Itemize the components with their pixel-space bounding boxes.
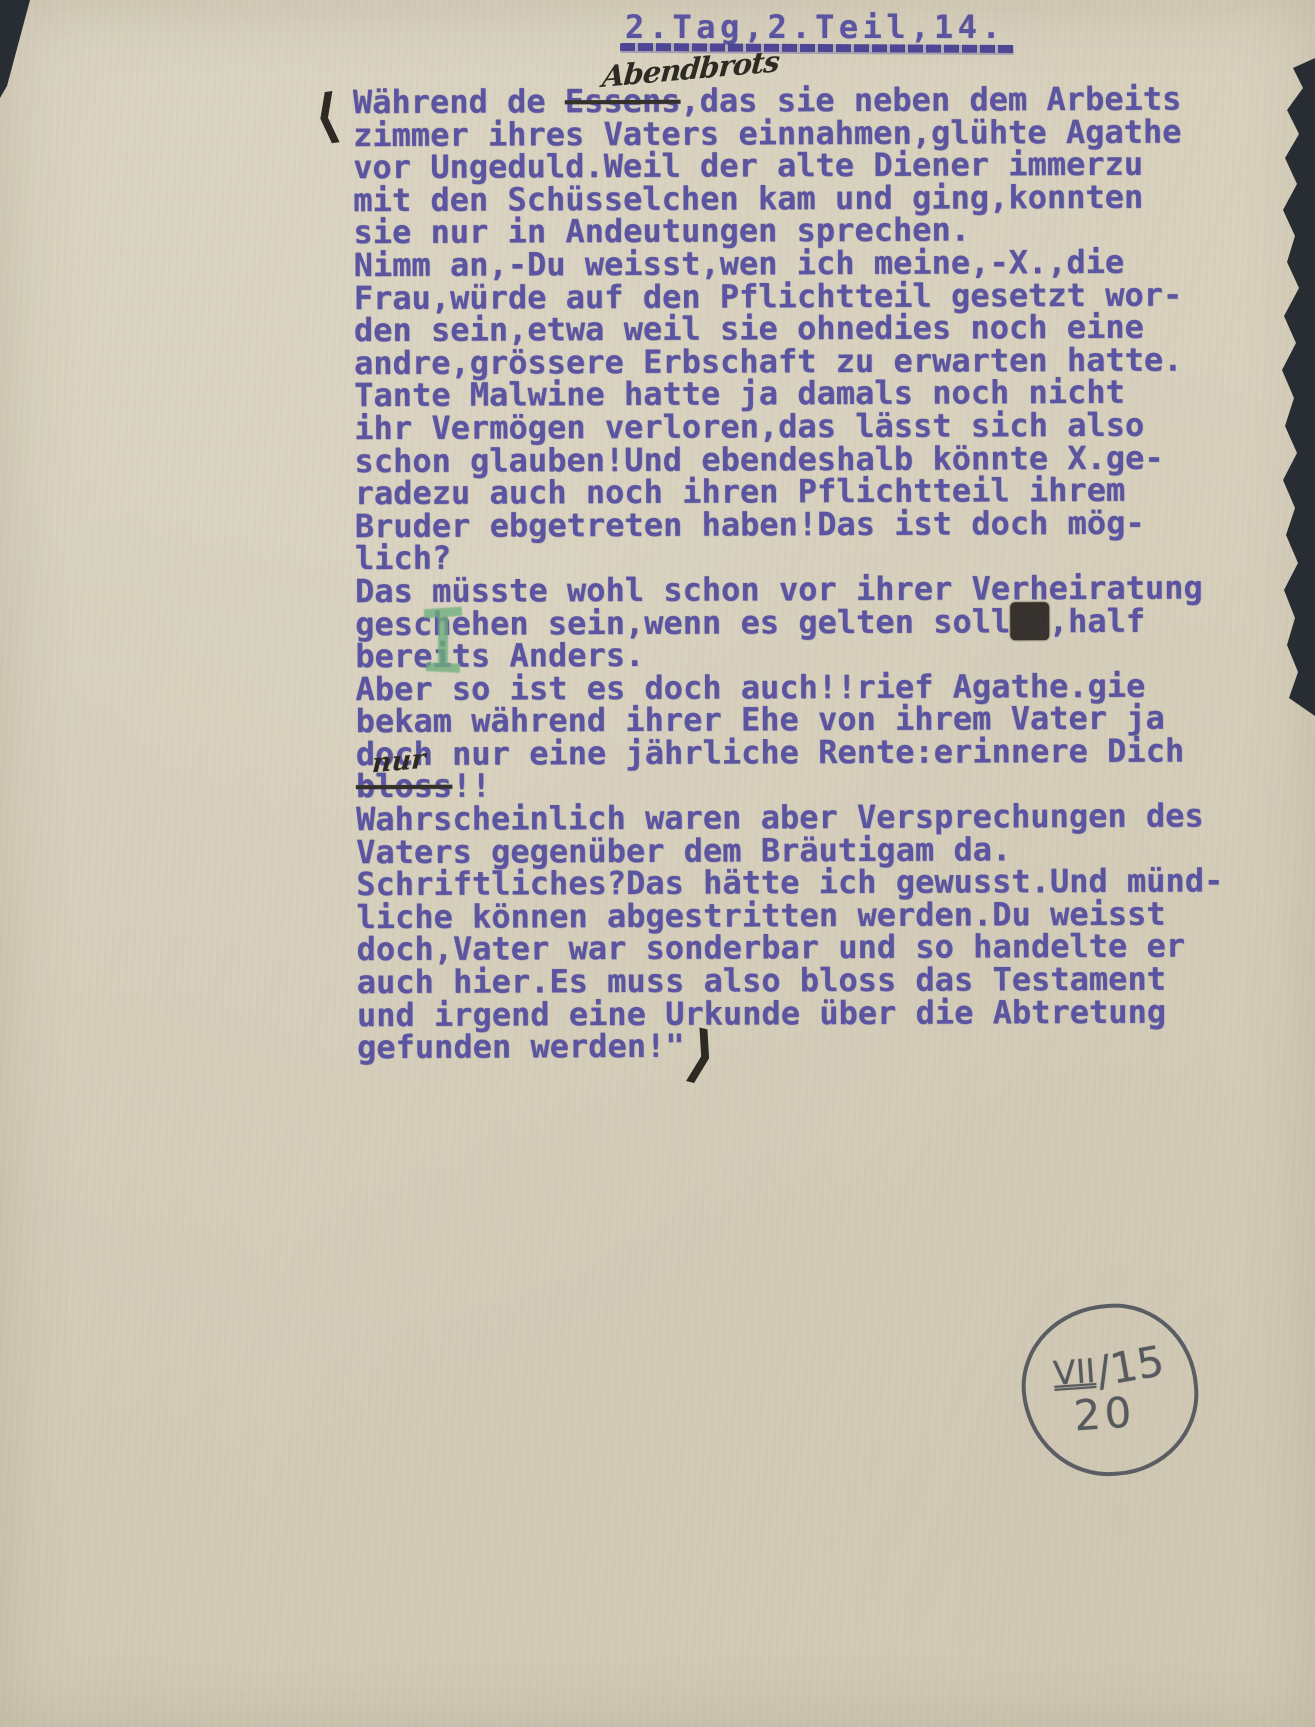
green-editor-mark — [424, 608, 462, 672]
typed-segment: gefunden werden!" — [357, 1027, 685, 1066]
handwritten-slash-mark — [0, 1, 11, 48]
green-mark-stem — [438, 610, 448, 670]
typed-line: doch nur eine jährliche Rente:erinnere D… — [356, 734, 1315, 771]
stamp-slash-number: /15 — [1093, 1340, 1167, 1393]
typed-line: geschehen sein,wenn es gelten sollte,hal… — [355, 603, 1315, 640]
header-underline — [620, 43, 1014, 53]
typed-line: und irgend eine Urkunde über die Abtretu… — [357, 994, 1315, 1031]
typed-segment: Bruder ebgetreten haben!Das ist doch mög… — [355, 503, 1145, 544]
manuscript-page: 2.Tag,2.Teil,14. Während de Essens,das s… — [0, 0, 1315, 1727]
archive-stamp-circle: VII /15 20 — [1016, 1298, 1204, 1482]
typed-segment: ,half — [1049, 601, 1145, 639]
handwritten-nur-correction: nur — [371, 744, 426, 780]
typed-line: gefunden werden!" — [357, 1027, 1315, 1064]
page-header: 2.Tag,2.Teil,14. — [625, 8, 1005, 46]
stamp-top-row: VII /15 — [1052, 1343, 1165, 1393]
typed-text: Während de Essens,das sie neben dem Arbe… — [353, 82, 1315, 1064]
green-mark-bottom-bar — [426, 662, 460, 673]
handwritten-open-bracket: ⟨ — [309, 80, 345, 151]
stamp-bottom-number: 20 — [1073, 1391, 1137, 1437]
typed-line: Bruder ebgetreten haben!Das ist doch mög… — [355, 506, 1315, 543]
stamp-roman-numeral: VII — [1052, 1354, 1096, 1393]
typed-segment-blot: te — [1010, 602, 1049, 640]
